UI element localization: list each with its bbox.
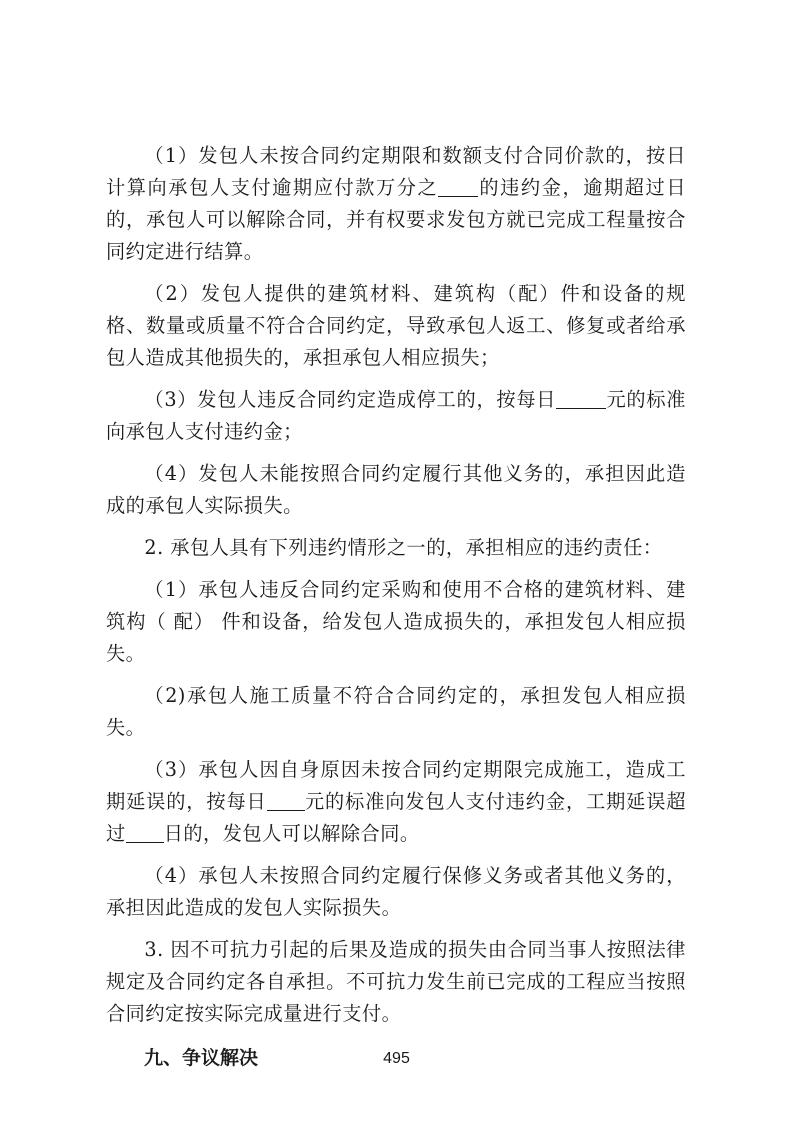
clause-employer-other-obligations: （4）发包人未能按照合同约定履行其他义务的，承担因此造成的承包人实际损失。 — [106, 458, 686, 522]
fill-blank-rate — [438, 177, 478, 197]
clause-employer-late-payment: （1）发包人未按合同约定期限和数额支付合同价款的，按日计算向承包人支付逾期应付款… — [106, 140, 686, 268]
page-number: 495 — [0, 1050, 793, 1068]
document-page: （1）发包人未按合同约定期限和数额支付合同价款的，按日计算向承包人支付逾期应付款… — [106, 140, 686, 1074]
fill-blank-days — [126, 823, 164, 843]
clause-text: 日的，发包人可以解除合同。 — [164, 822, 420, 845]
clause-employer-stoppage: （3）发包人违反合同约定造成停工的，按每日元的标准向承包人支付违约金； — [106, 384, 686, 448]
clause-contractor-materials: （1）承包人违反合同约定采购和使用不合格的建筑材料、建筑构（ 配） 件和设备，给… — [106, 574, 686, 670]
fill-blank-daily-amount — [267, 791, 305, 811]
clause-text: （3）发包人违反合同约定造成停工的，按每日 — [144, 388, 556, 411]
clause-contractor-breach-intro: 2. 承包人具有下列违约情形之一的，承担相应的违约责任： — [106, 532, 686, 564]
clause-contractor-warranty: （4）承包人未按照合同约定履行保修义务或者其他义务的，承担因此造成的发包人实际损… — [106, 860, 686, 924]
fill-blank-daily-amount — [556, 389, 606, 409]
clause-contractor-delay: （3）承包人因自身原因未按合同约定期限完成施工，造成工期延误的，按每日元的标准向… — [106, 754, 686, 850]
clause-force-majeure: 3. 因不可抗力引起的后果及造成的损失由合同当事人按照法律规定及合同约定各自承担… — [106, 934, 686, 1030]
clause-employer-materials: （2）发包人提供的建筑材料、建筑构（配）件和设备的规格、数量或质量不符合合同约定… — [106, 278, 686, 374]
clause-contractor-quality: （2)承包人施工质量不符合合同约定的，承担发包人相应损失。 — [106, 680, 686, 744]
